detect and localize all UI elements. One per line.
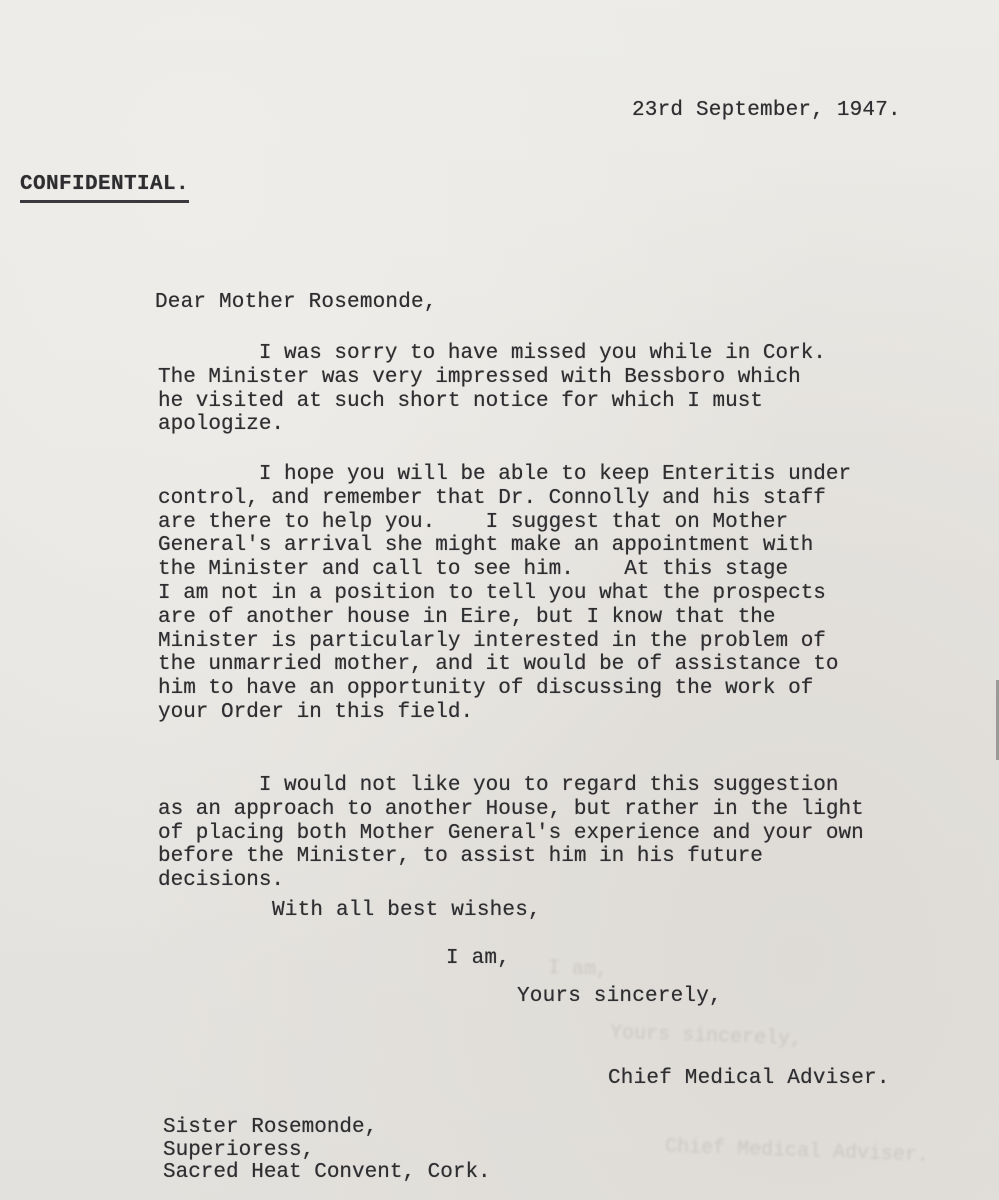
paragraph-line: apologize. (158, 413, 988, 437)
paragraph-line: I would not like you to regard this sugg… (158, 774, 988, 798)
addressee-line: Superioress, (163, 1140, 491, 1163)
paragraph-3: I would not like you to regard this sugg… (158, 774, 988, 893)
paragraph-line: Minister is particularly interested in t… (158, 630, 988, 654)
paragraph-line: I am not in a position to tell you what … (158, 582, 988, 606)
salutation: Dear Mother Rosemonde, (155, 290, 437, 315)
paragraph-line: I was sorry to have missed you while in … (158, 342, 988, 366)
paragraph-line: your Order in this field. (158, 701, 988, 725)
paragraph-line: he visited at such short notice for whic… (158, 390, 988, 414)
bleed-through-text: Yours sincerely, (610, 1022, 803, 1052)
paragraph-line: decisions. (158, 869, 988, 893)
paragraph-line: as an approach to another House, but rat… (158, 798, 988, 822)
closing-i-am: I am, (446, 946, 510, 971)
signatory-title: Chief Medical Adviser. (608, 1066, 890, 1091)
addressee-line: Sacred Heat Convent, Cork. (163, 1162, 491, 1185)
letter-page: I am, Yours sincerely, Chief Medical Adv… (0, 0, 999, 1200)
paragraph-line: General's arrival she might make an appo… (158, 534, 988, 558)
paragraph-line: control, and remember that Dr. Connolly … (158, 487, 988, 511)
paragraph-line: I hope you will be able to keep Enteriti… (158, 463, 988, 487)
paragraph-2: I hope you will be able to keep Enteriti… (158, 463, 988, 725)
valediction: Yours sincerely, (517, 984, 722, 1009)
bleed-through-text: I am, (548, 957, 609, 982)
letter-date: 23rd September, 1947. (632, 98, 901, 123)
addressee-line: Sister Rosemonde, (163, 1117, 491, 1140)
paragraph-line: are of another house in Eire, but I know… (158, 606, 988, 630)
paragraph-line: are there to help you. I suggest that on… (158, 511, 988, 535)
paragraph-line: of placing both Mother General's experie… (158, 822, 988, 846)
paragraph-1: I was sorry to have missed you while in … (158, 342, 988, 437)
paragraph-line: the unmarried mother, and it would be of… (158, 653, 988, 677)
paragraph-line: The Minister was very impressed with Bes… (158, 366, 988, 390)
bleed-through-text: Chief Medical Adviser. (665, 1135, 930, 1167)
confidential-heading: CONFIDENTIAL. (20, 172, 189, 203)
paragraph-line: before the Minister, to assist him in hi… (158, 845, 988, 869)
closing-wishes: With all best wishes, (272, 898, 541, 923)
addressee-block: Sister Rosemonde, Superioress, Sacred He… (163, 1117, 491, 1185)
paragraph-line: the Minister and call to see him. At thi… (158, 558, 988, 582)
paragraph-line: him to have an opportunity of discussing… (158, 677, 988, 701)
